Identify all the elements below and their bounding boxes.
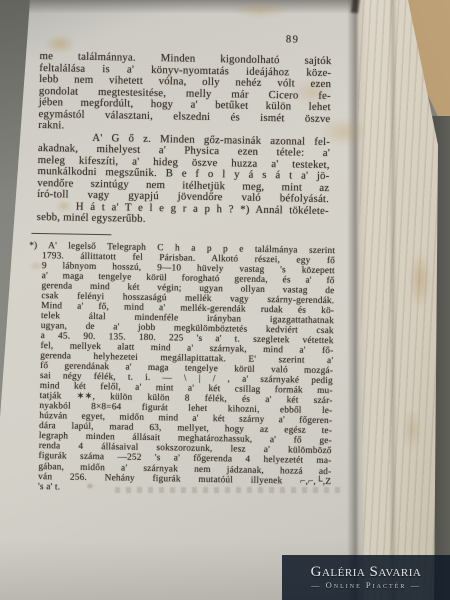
page-number: 89 xyxy=(286,34,348,47)
main-text: me találmánnya. Minden kigondolható sajt… xyxy=(37,51,332,229)
page-edge-crease xyxy=(347,0,367,600)
footnote-text: *) A' legelső Telegraph C h a p p e talá… xyxy=(25,240,335,496)
watermark-badge: Galéria Savaria — Online Piactér — xyxy=(282,555,450,600)
book-page-photo: 89 me találmánnya. Minden kigondolható s… xyxy=(0,0,450,600)
fore-edge-crease xyxy=(389,0,397,600)
watermark-title: Galéria Savaria xyxy=(311,565,422,580)
printed-text-area: 89 me találmánnya. Minden kigondolható s… xyxy=(32,30,348,497)
watermark-subtitle: — Online Piactér — xyxy=(311,581,421,590)
footnote-separator xyxy=(31,232,111,234)
